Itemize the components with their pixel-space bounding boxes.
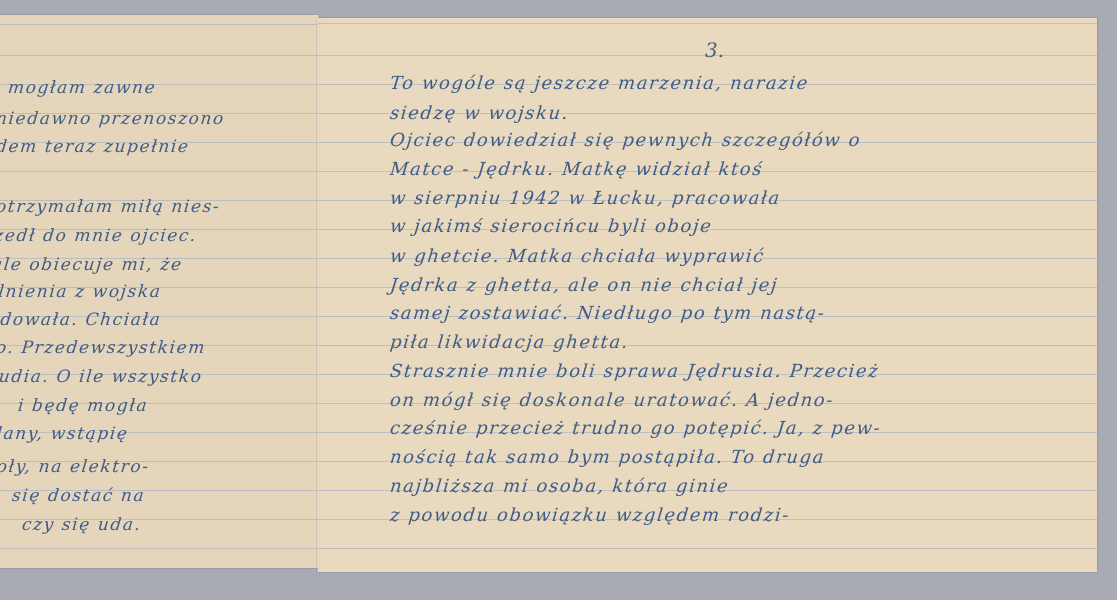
handwritten-line: Strasznie mnie boli sprawa Jędrusia. Prz…: [389, 361, 881, 383]
handwritten-line: siedzę w wojsku.: [389, 103, 570, 125]
handwritten-line: plany, wstąpię: [0, 423, 130, 445]
handwritten-line: ale obiecuje mi, że: [0, 254, 184, 276]
handwritten-line: dem teraz zupełnie: [0, 136, 191, 158]
letter-page-left: mogłam zawne niedawno przenoszono dem te…: [0, 15, 318, 568]
letter-page-right: To wogóle są jeszcze marzenia, narazie s…: [318, 18, 1097, 572]
handwritten-line: niedawno przenoszono: [0, 108, 226, 130]
handwritten-line: w jakimś sierocińcu byli oboje: [389, 216, 714, 238]
page-fold: [316, 15, 320, 572]
handwritten-line: To wogóle są jeszcze marzenia, narazie: [389, 73, 810, 95]
handwritten-line: cześnie przecież trudno go potępić. Ja, …: [389, 418, 883, 440]
handwritten-line: przyszedł do mnie ojciec.: [0, 225, 198, 247]
handwritten-line: otrzymałam miłą nies-: [0, 196, 221, 218]
handwritten-line: on mógł się doskonale uratować. A jedno-: [389, 390, 835, 412]
handwritten-line: w ghetcie. Matka chciała wyprawić: [389, 246, 766, 268]
handwritten-line: Jędrka z ghetta, ale on nie chciał jej: [389, 275, 779, 297]
handwritten-line: i będę mogła: [17, 395, 150, 417]
handwritten-line: się dostać na: [11, 485, 147, 507]
handwritten-line: samej zostawiać. Niedługo po tym nastą-: [389, 303, 827, 325]
handwritten-line: czy się uda.: [21, 514, 143, 536]
handwritten-line: zwolnienia z wojska: [0, 281, 163, 303]
handwritten-line: przedowała. Chciała: [0, 309, 163, 331]
handwritten-line: o. Przedewszystkiem: [0, 337, 207, 359]
page-number: 3.: [705, 38, 724, 62]
handwritten-line: mogłam zawne: [7, 77, 158, 99]
handwritten-line: Matce - Jędrku. Matkę widział ktoś: [389, 159, 764, 181]
handwritten-line: nością tak samo bym postąpiła. To druga: [389, 447, 826, 469]
handwritten-line: piła likwidacja ghetta.: [389, 332, 630, 354]
handwritten-line: z powodu obowiązku względem rodzi-: [389, 505, 791, 527]
handwritten-line: szkoły, na elektro-: [0, 456, 151, 478]
handwritten-line: w sierpniu 1942 w Łucku, pracowała: [389, 188, 782, 210]
handwritten-line: najbliższa mi osoba, która ginie: [389, 476, 731, 498]
handwritten-line: studia. O ile wszystko: [0, 366, 204, 388]
handwritten-line: Ojciec dowiedział się pewnych szczegółów…: [389, 130, 862, 152]
